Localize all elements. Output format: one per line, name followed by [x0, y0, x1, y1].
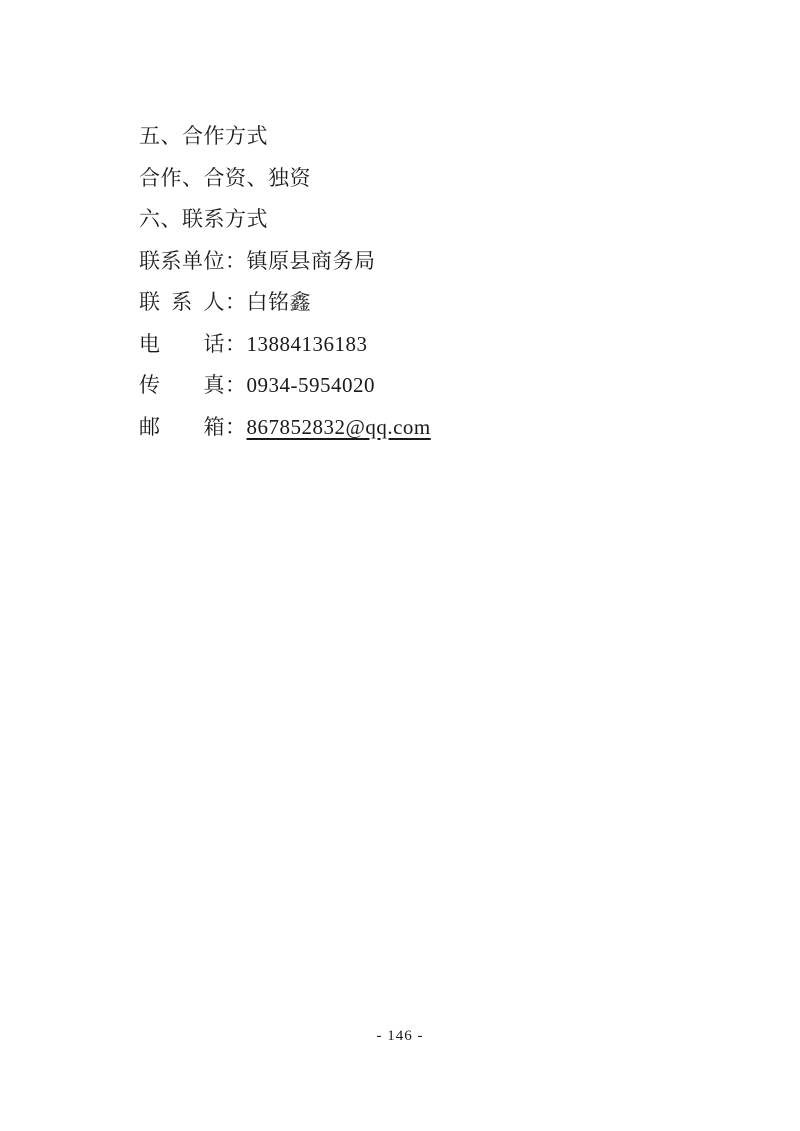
contact-value-person: 白铭鑫 — [247, 291, 312, 314]
cooperation-modes-text: 合作、合资、独资 — [139, 167, 431, 190]
contact-label-phone: 电话 — [139, 333, 225, 356]
contact-row-unit: 联系单位：镇原县商务局 — [139, 250, 431, 273]
contact-colon: ： — [225, 333, 247, 356]
contact-row-person: 联系人：白铭鑫 — [139, 291, 431, 314]
document-page: 五、合作方式 合作、合资、独资 六、联系方式 联系单位：镇原县商务局 联系人：白… — [0, 0, 800, 1131]
contact-label-person: 联系人 — [139, 291, 225, 314]
contact-row-email: 邮箱：867852832@qq.com — [139, 416, 431, 439]
contact-label-unit: 联系单位 — [139, 250, 225, 273]
email-link[interactable]: 867852832@qq.com — [247, 416, 431, 439]
contact-row-phone: 电话：13884136183 — [139, 333, 431, 356]
page-number: - 146 - — [0, 1028, 800, 1045]
section-heading-contact: 六、联系方式 — [139, 208, 431, 231]
contact-row-fax: 传真：0934-5954020 — [139, 374, 431, 397]
contact-colon: ： — [225, 250, 247, 273]
contact-colon: ： — [225, 416, 247, 439]
contact-value-fax: 0934-5954020 — [247, 374, 376, 397]
contact-colon: ： — [225, 374, 247, 397]
contact-label-fax: 传真 — [139, 374, 225, 397]
contact-value-unit: 镇原县商务局 — [247, 250, 376, 273]
contact-colon: ： — [225, 291, 247, 314]
document-body: 五、合作方式 合作、合资、独资 六、联系方式 联系单位：镇原县商务局 联系人：白… — [139, 125, 431, 457]
contact-label-email: 邮箱 — [139, 416, 225, 439]
contact-value-phone: 13884136183 — [247, 333, 368, 356]
section-heading-cooperation: 五、合作方式 — [139, 125, 431, 148]
